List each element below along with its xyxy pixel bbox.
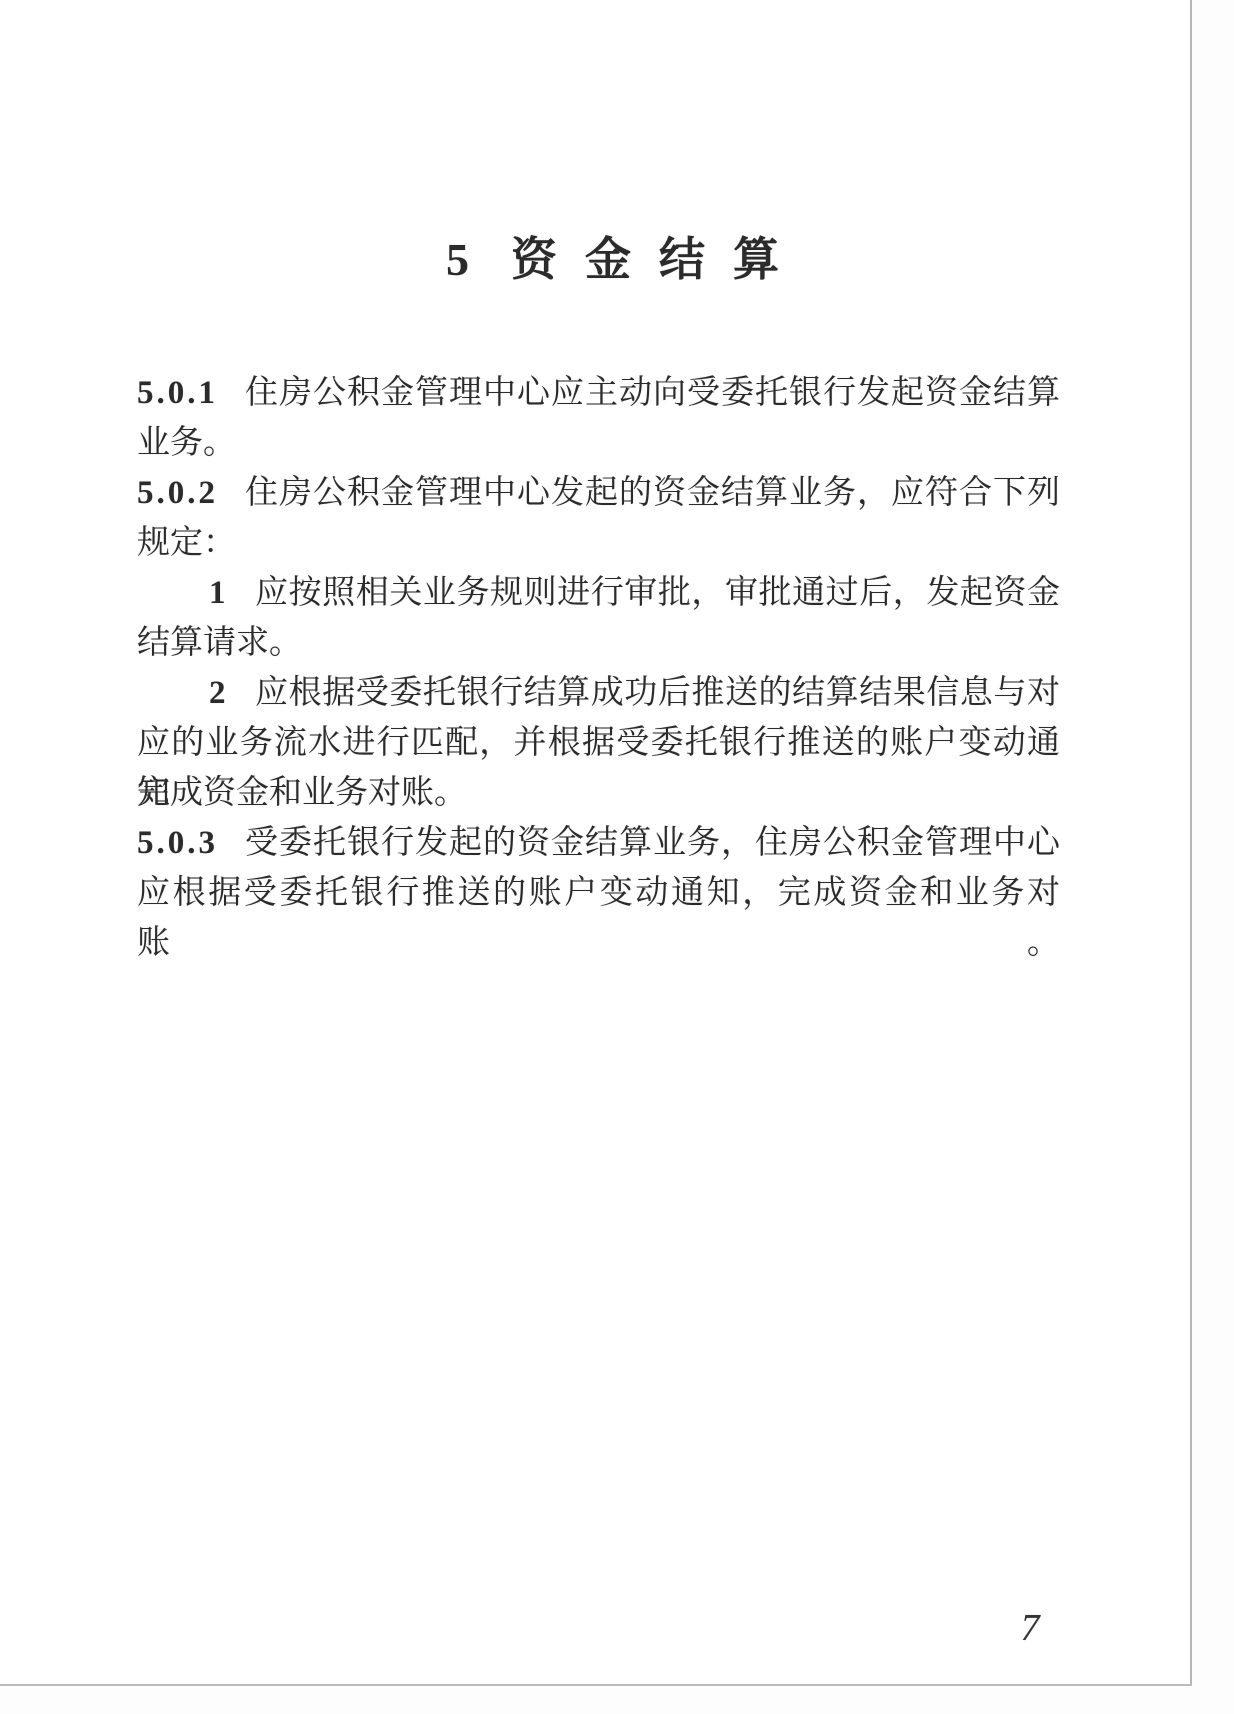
chapter-heading: 5资金结算 (137, 228, 1074, 292)
clause-text: 受委托银行发起的资金结算业务，住房公积金管理中心 (244, 825, 1060, 861)
text-line: 规定： (137, 518, 1060, 568)
clause-text: 规定： (137, 525, 236, 561)
document-page: 5资金结算 5.0.1住房公积金管理中心应主动向受委托银行发起资金结算业务。5.… (0, 0, 1234, 1714)
text-line: 业务。 (137, 418, 1060, 468)
clause-text: 住房公积金管理中心应主动向受委托银行发起资金结算 (244, 375, 1060, 411)
text-line: 完成资金和业务对账。 (137, 768, 1060, 818)
text-line: 应的业务流水进行匹配，并根据受委托银行推送的账户变动通知 (137, 718, 1060, 768)
scan-page-right-edge-line (1190, 0, 1192, 1686)
clause-number: 5.0.3 (137, 825, 218, 861)
clause-text: 业务。 (137, 425, 236, 461)
clause-text: 应按照相关业务规则进行审批，审批通过后，发起资金 (255, 575, 1061, 611)
clause-number: 5.0.1 (137, 375, 218, 411)
text-line: 5.0.1住房公积金管理中心应主动向受委托银行发起资金结算 (137, 368, 1060, 418)
clause-number: 5.0.2 (137, 475, 218, 511)
clause-number: 1 (209, 575, 229, 611)
clause-text: 结算请求。 (137, 625, 302, 661)
clause-text: 住房公积金管理中心发起的资金结算业务，应符合下列 (244, 475, 1060, 511)
text-line: 结算请求。 (137, 618, 1060, 668)
text-line: 应根据受委托银行推送的账户变动通知，完成资金和业务对账。 (137, 868, 1060, 918)
chapter-number: 5 (446, 234, 469, 285)
scan-background-right (1192, 0, 1234, 1714)
clause-text: 完成资金和业务对账。 (137, 775, 467, 811)
document-body: 5.0.1住房公积金管理中心应主动向受委托银行发起资金结算业务。5.0.2住房公… (137, 368, 1060, 918)
text-line: 5.0.2住房公积金管理中心发起的资金结算业务，应符合下列 (137, 468, 1060, 518)
page-number: 7 (1000, 1606, 1060, 1650)
text-line: 5.0.3受委托银行发起的资金结算业务，住房公积金管理中心 (137, 818, 1060, 868)
scan-page-bottom-edge-line (0, 1684, 1192, 1686)
clause-text: 应根据受委托银行结算成功后推送的结算结果信息与对 (255, 675, 1061, 711)
chapter-title: 资金结算 (511, 234, 807, 285)
scan-background-bottom (0, 1686, 1192, 1714)
text-line: 2应根据受委托银行结算成功后推送的结算结果信息与对 (137, 668, 1060, 718)
clause-text: 应根据受委托银行推送的账户变动通知，完成资金和业务对账。 (137, 875, 1060, 961)
text-line: 1应按照相关业务规则进行审批，审批通过后，发起资金 (137, 568, 1060, 618)
clause-number: 2 (209, 675, 229, 711)
